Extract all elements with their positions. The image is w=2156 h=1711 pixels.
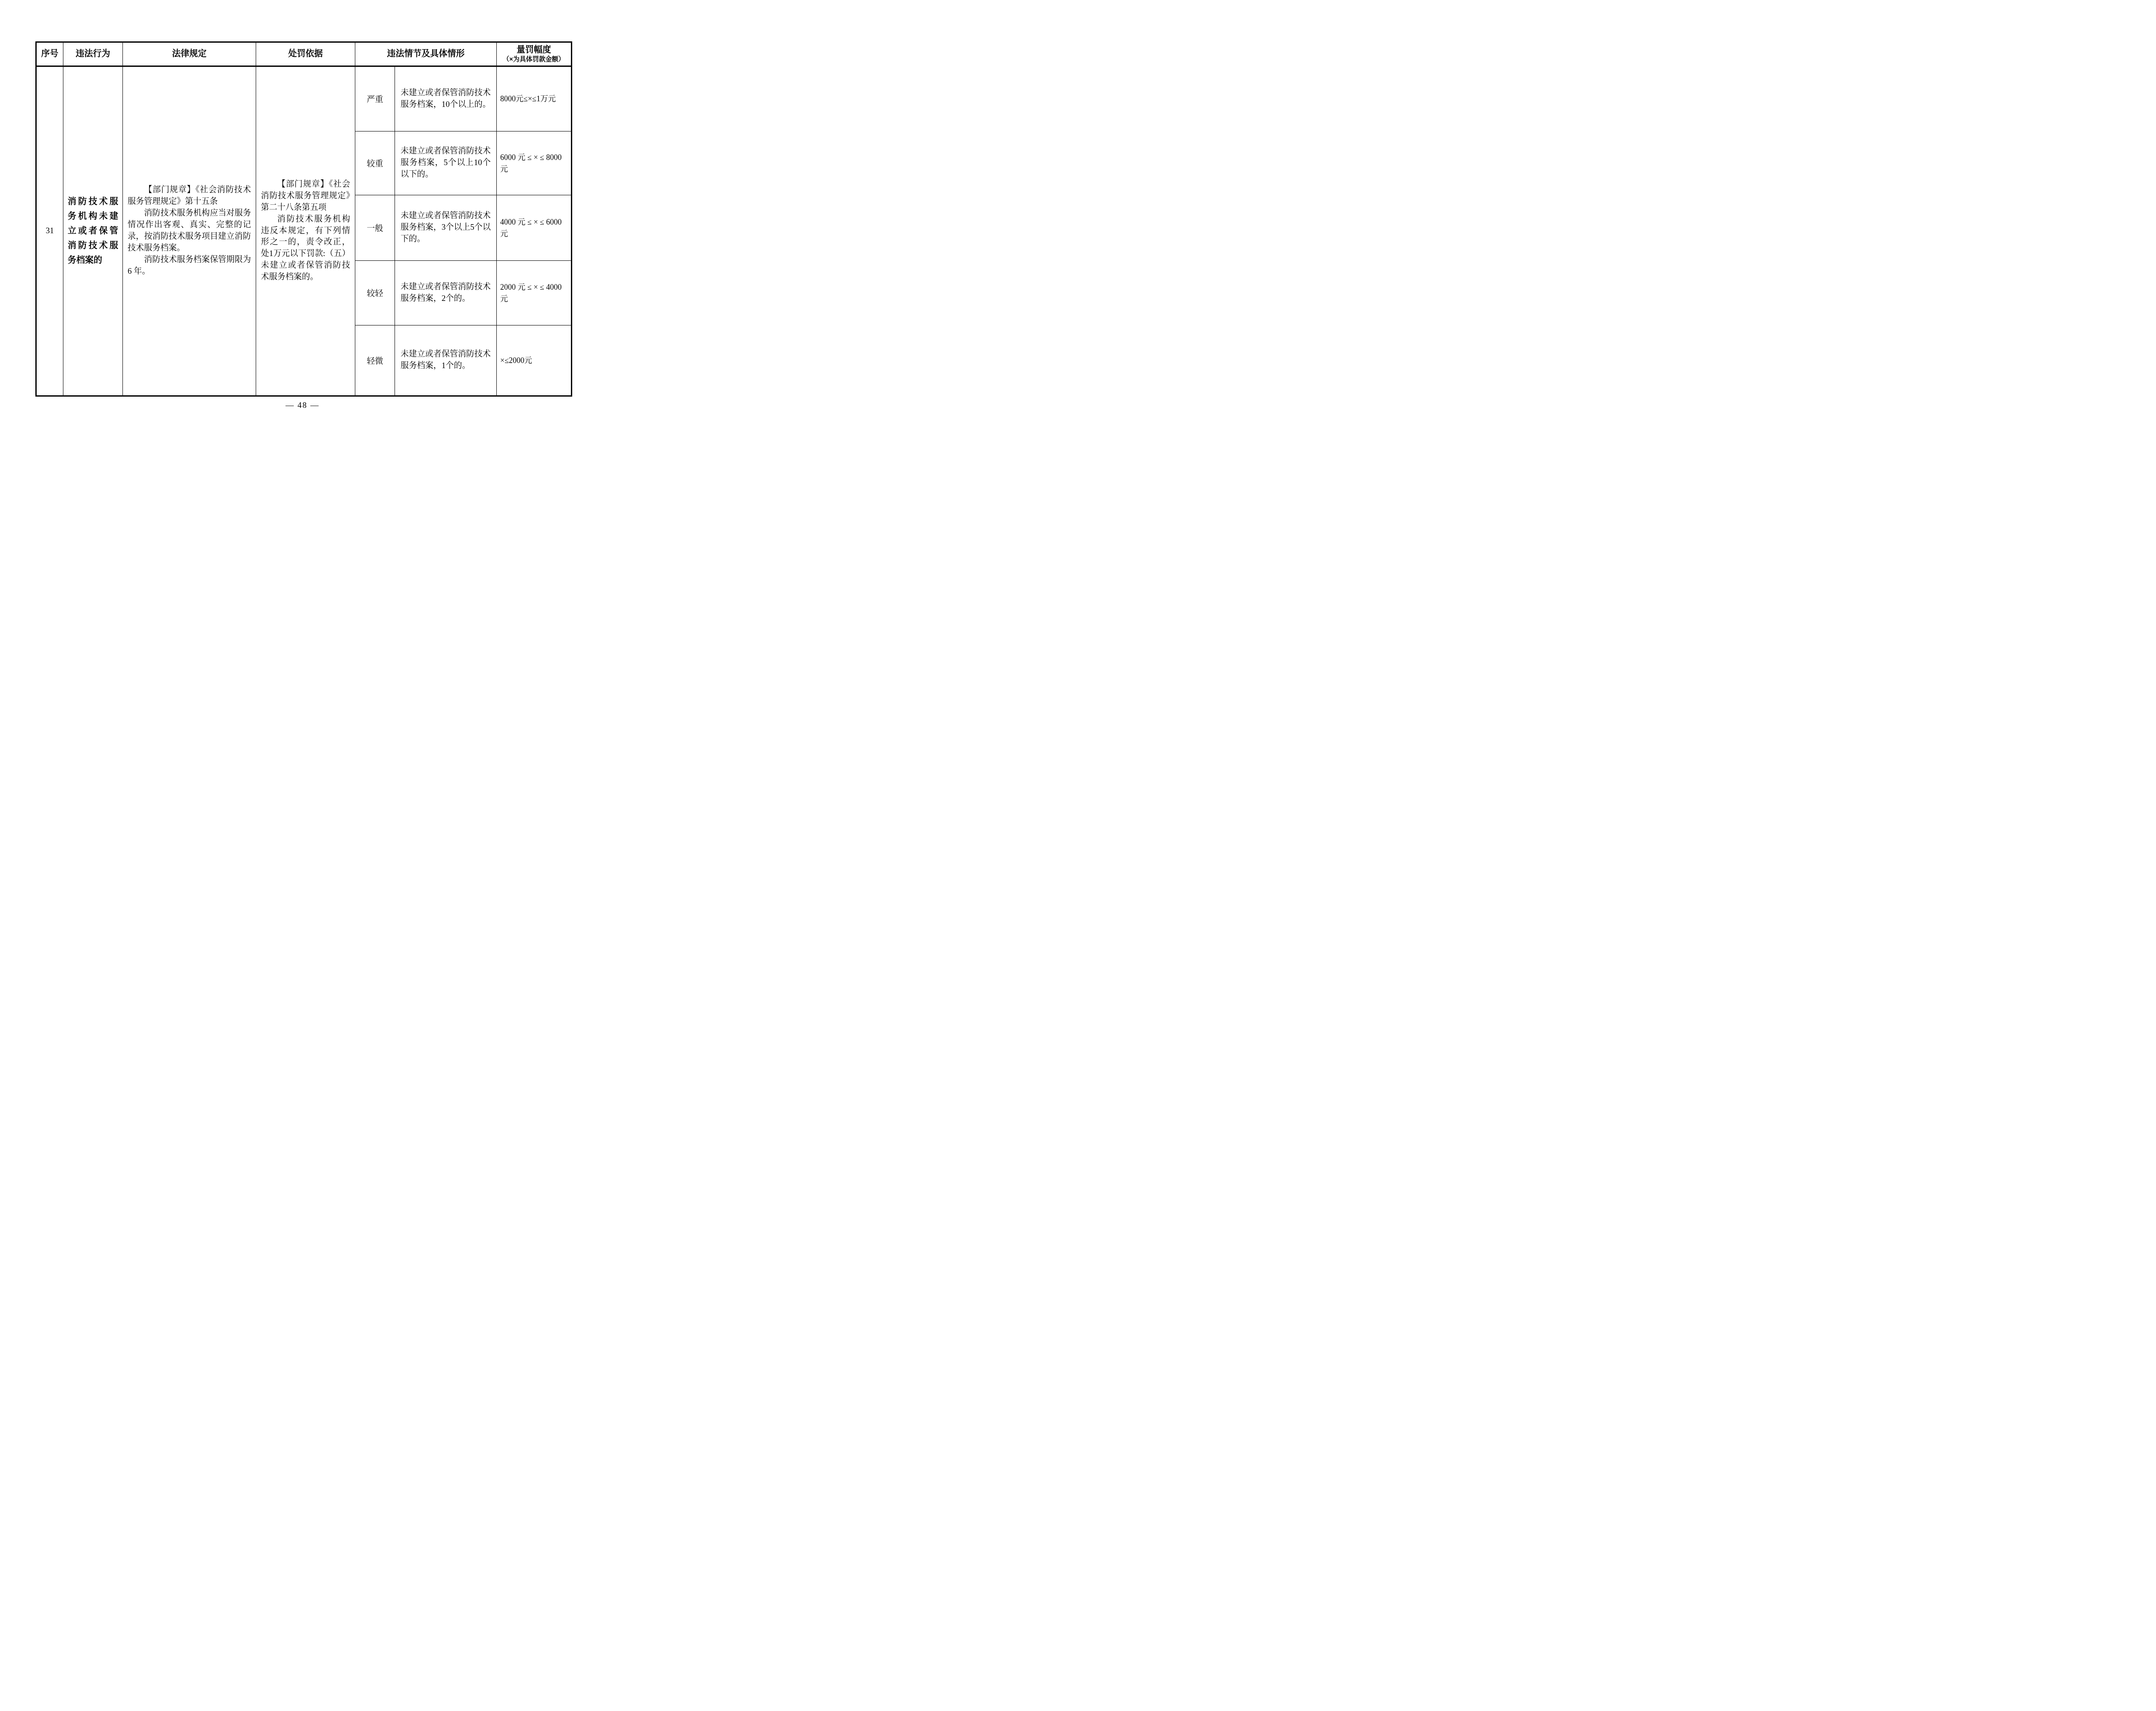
header-penalty-range-note: （×为具体罚款金额）: [497, 56, 571, 64]
penalty-table: 序号 违法行为 法律规定 处罚依据 违法情节及具体情形 量罚幅度 （×为具体罚款…: [35, 41, 572, 397]
cell-severity: 较轻: [355, 261, 395, 325]
legal-paragraph: 消防技术服务档案保管期限为 6 年。: [128, 254, 251, 278]
cell-severity: 轻微: [355, 325, 395, 396]
cell-penalty-range: 8000元≤×≤1万元: [497, 66, 572, 131]
legal-paragraph: 【部门规章】《社会消防技术服务管理规定》第十五条: [128, 185, 251, 208]
cell-penalty-range: 2000 元 ≤ × ≤ 4000 元: [497, 261, 572, 325]
header-penalty-range-title: 量罚幅度: [497, 45, 571, 56]
document-page: 序号 违法行为 法律规定 处罚依据 违法情节及具体情形 量罚幅度 （×为具体罚款…: [0, 0, 605, 428]
cell-illegal-behavior: 消防技术服务机构未建立或者保管消防技术服务档案的: [63, 66, 123, 396]
basis-paragraph: 消防技术服务机构违反本规定，有下列情形之一的，责令改正，处1万元以下罚款:（五）…: [261, 214, 350, 284]
cell-penalty-range: ×≤2000元: [497, 325, 572, 396]
cell-severity: 较重: [355, 131, 395, 195]
situation-text: 未建立或者保管消防技术服务档案，1个的。: [401, 349, 491, 372]
situation-text: 未建立或者保管消防技术服务档案，2个的。: [401, 282, 491, 305]
cell-severity: 严重: [355, 66, 395, 131]
cell-situation: 未建立或者保管消防技术服务档案，5个以上10个以下的。: [395, 131, 497, 195]
cell-penalty-range: 6000 元 ≤ × ≤ 8000 元: [497, 131, 572, 195]
table-row: 31 消防技术服务机构未建立或者保管消防技术服务档案的 【部门规章】《社会消防技…: [36, 66, 572, 131]
cell-situation: 未建立或者保管消防技术服务档案，3个以上5个以下的。: [395, 195, 497, 261]
basis-paragraph: 【部门规章】《社会消防技术服务管理规定》第二十八条第五项: [261, 179, 350, 214]
header-row: 序号 违法行为 法律规定 处罚依据 违法情节及具体情形 量罚幅度 （×为具体罚款…: [36, 42, 572, 66]
cell-situation: 未建立或者保管消防技术服务档案，2个的。: [395, 261, 497, 325]
legal-paragraph: 消防技术服务机构应当对服务情况作出客观、真实、完整的记录，按消防技术服务项目建立…: [128, 208, 251, 254]
cell-situation: 未建立或者保管消防技术服务档案，10个以上的。: [395, 66, 497, 131]
situation-text: 未建立或者保管消防技术服务档案，5个以上10个以下的。: [401, 146, 491, 181]
header-illegal-behavior: 违法行为: [63, 42, 123, 66]
header-legal-provision: 法律规定: [123, 42, 256, 66]
situation-text: 未建立或者保管消防技术服务档案，10个以上的。: [401, 88, 491, 111]
page-number: — 48 —: [0, 401, 605, 410]
cell-serial-number: 31: [36, 66, 63, 396]
cell-legal-provision: 【部门规章】《社会消防技术服务管理规定》第十五条 消防技术服务机构应当对服务情况…: [123, 66, 256, 396]
cell-severity: 一般: [355, 195, 395, 261]
situation-text: 未建立或者保管消防技术服务档案，3个以上5个以下的。: [401, 210, 491, 245]
header-penalty-range: 量罚幅度 （×为具体罚款金额）: [497, 42, 572, 66]
cell-situation: 未建立或者保管消防技术服务档案，1个的。: [395, 325, 497, 396]
header-penalty-basis: 处罚依据: [256, 42, 355, 66]
cell-penalty-range: 4000 元 ≤ × ≤ 6000 元: [497, 195, 572, 261]
header-serial-number: 序号: [36, 42, 63, 66]
header-circumstances: 违法情节及具体情形: [355, 42, 497, 66]
cell-penalty-basis: 【部门规章】《社会消防技术服务管理规定》第二十八条第五项 消防技术服务机构违反本…: [256, 66, 355, 396]
